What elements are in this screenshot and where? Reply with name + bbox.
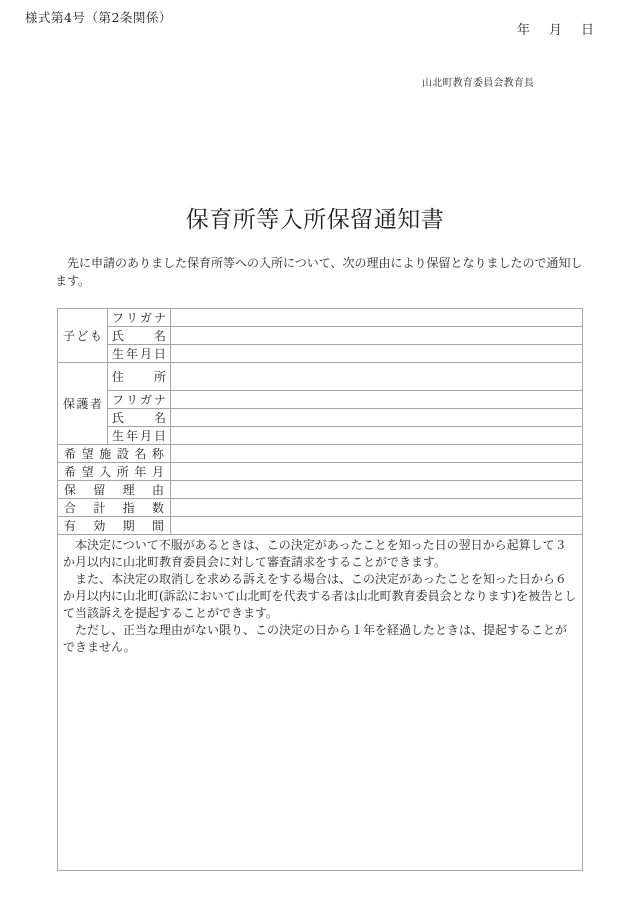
valid-period-label: 有効期間 bbox=[58, 517, 171, 535]
form-number-label: 様式第4号（第2条関係） bbox=[25, 8, 172, 26]
guardian-name-value bbox=[171, 409, 583, 427]
child-birthdate-value bbox=[171, 345, 583, 363]
desired-entry-month-label: 希望入所年月 bbox=[58, 463, 171, 481]
total-index-value bbox=[171, 499, 583, 517]
child-birthdate-label: 生年月日 bbox=[108, 345, 171, 363]
application-form-table: 子ども フリガナ 氏名 生年月日 保護者 住所 フリガナ bbox=[57, 308, 583, 871]
child-group-label: 子ども bbox=[58, 309, 108, 363]
appeal-notice-cell: 本決定について不服があるときは、この決定があったことを知った日の翌日から起算して… bbox=[58, 535, 583, 871]
child-name-label: 氏名 bbox=[108, 327, 171, 345]
hold-reason-value bbox=[171, 481, 583, 499]
guardian-address-label: 住所 bbox=[108, 363, 171, 391]
guardian-birthdate-value bbox=[171, 427, 583, 445]
desired-facility-value bbox=[171, 445, 583, 463]
addressee-line: 山北町教育委員会教育長 bbox=[422, 74, 534, 89]
notice-paragraph-1: 本決定について不服があるときは、この決定があったことを知った日の翌日から起算して… bbox=[63, 537, 577, 571]
guardian-address-value bbox=[171, 363, 583, 391]
child-furigana-label: フリガナ bbox=[108, 309, 171, 327]
guardian-birthdate-label: 生年月日 bbox=[108, 427, 171, 445]
notice-paragraph-2: また、本決定の取消しを求める訴えをする場合は、この決定があったことを知った日から… bbox=[63, 571, 577, 622]
hold-reason-label: 保留理由 bbox=[58, 481, 171, 499]
desired-entry-month-value bbox=[171, 463, 583, 481]
appeal-notice-text: 本決定について不服があるときは、この決定があったことを知った日の翌日から起算して… bbox=[63, 537, 577, 656]
document-page: 様式第4号（第2条関係） 年 月 日 山北町教育委員会教育長 保育所等入所保留通… bbox=[0, 0, 630, 903]
child-name-value bbox=[171, 327, 583, 345]
intro-paragraph: 先に申請のありました保育所等への入所について、次の理由により保留となりましたので… bbox=[55, 255, 589, 290]
guardian-group-label: 保護者 bbox=[58, 363, 108, 445]
date-line: 年 月 日 bbox=[517, 19, 597, 38]
notice-paragraph-3: ただし、正当な理由がない限り、この決定の日から１年を経過したときは、提起すること… bbox=[63, 622, 577, 656]
desired-facility-label: 希望施設名称 bbox=[58, 445, 171, 463]
guardian-furigana-value bbox=[171, 391, 583, 409]
guardian-furigana-label: フリガナ bbox=[108, 391, 171, 409]
valid-period-value bbox=[171, 517, 583, 535]
guardian-name-label: 氏名 bbox=[108, 409, 171, 427]
total-index-label: 合計指数 bbox=[58, 499, 171, 517]
child-furigana-value bbox=[171, 309, 583, 327]
document-title: 保育所等入所保留通知書 bbox=[0, 201, 630, 234]
